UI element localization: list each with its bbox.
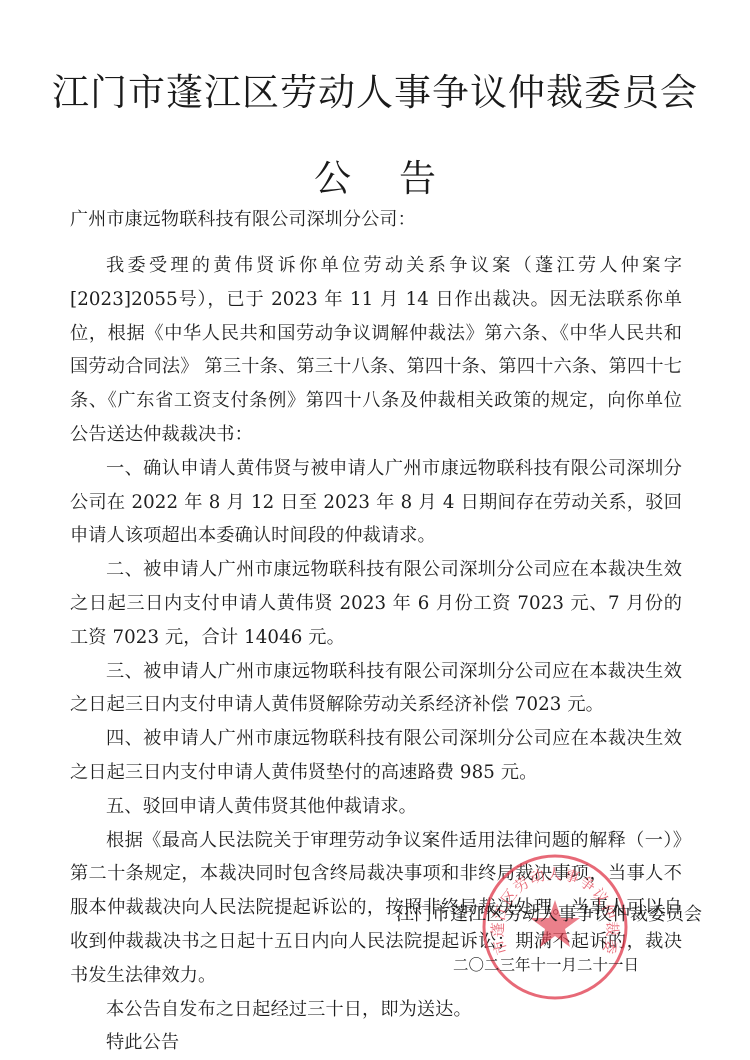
notice-title: 公告 <box>0 148 750 202</box>
notice-title-char: 公 <box>314 148 351 202</box>
paragraph-ruling-1: 一、确认申请人黄伟贤与被申请人广州市康远物联科技有限公司深圳分公司在 2022 … <box>70 452 682 553</box>
scan-speck: ❜ <box>314 905 318 919</box>
issue-date: 二〇二三年十一月二十一日 <box>453 953 639 975</box>
addressee: 广州市康远物联科技有限公司深圳分公司： <box>70 205 416 231</box>
issuer-signature: 江门市蓬江区劳动人事争议仲裁委员会 <box>396 900 702 926</box>
issuer-heading: 江门市蓬江区劳动人事争议仲裁委员会 <box>0 62 750 116</box>
official-seal-icon: 江门市蓬江区劳动人事争议仲裁委员会 <box>480 852 630 1002</box>
paragraph-closing: 特此公告 <box>70 1026 682 1060</box>
paragraph-ruling-5: 五、驳回申请人黄伟贤其他仲裁请求。 <box>70 790 682 824</box>
paragraph-ruling-2: 二、被申请人广州市康远物联科技有限公司深圳分公司应在本裁决生效之日起三日内支付申… <box>70 553 682 654</box>
notice-title-char: 告 <box>399 148 436 202</box>
paragraph-ruling-4: 四、被申请人广州市康远物联科技有限公司深圳分公司应在本裁决生效之日起三日内支付申… <box>70 722 682 790</box>
paragraph-ruling-3: 三、被申请人广州市康远物联科技有限公司深圳分公司应在本裁决生效之日起三日内支付申… <box>70 655 682 723</box>
paragraph-intro: 我委受理的黄伟贤诉你单位劳动关系争议案（蓬江劳人仲案字[2023]2055号），… <box>70 249 682 452</box>
